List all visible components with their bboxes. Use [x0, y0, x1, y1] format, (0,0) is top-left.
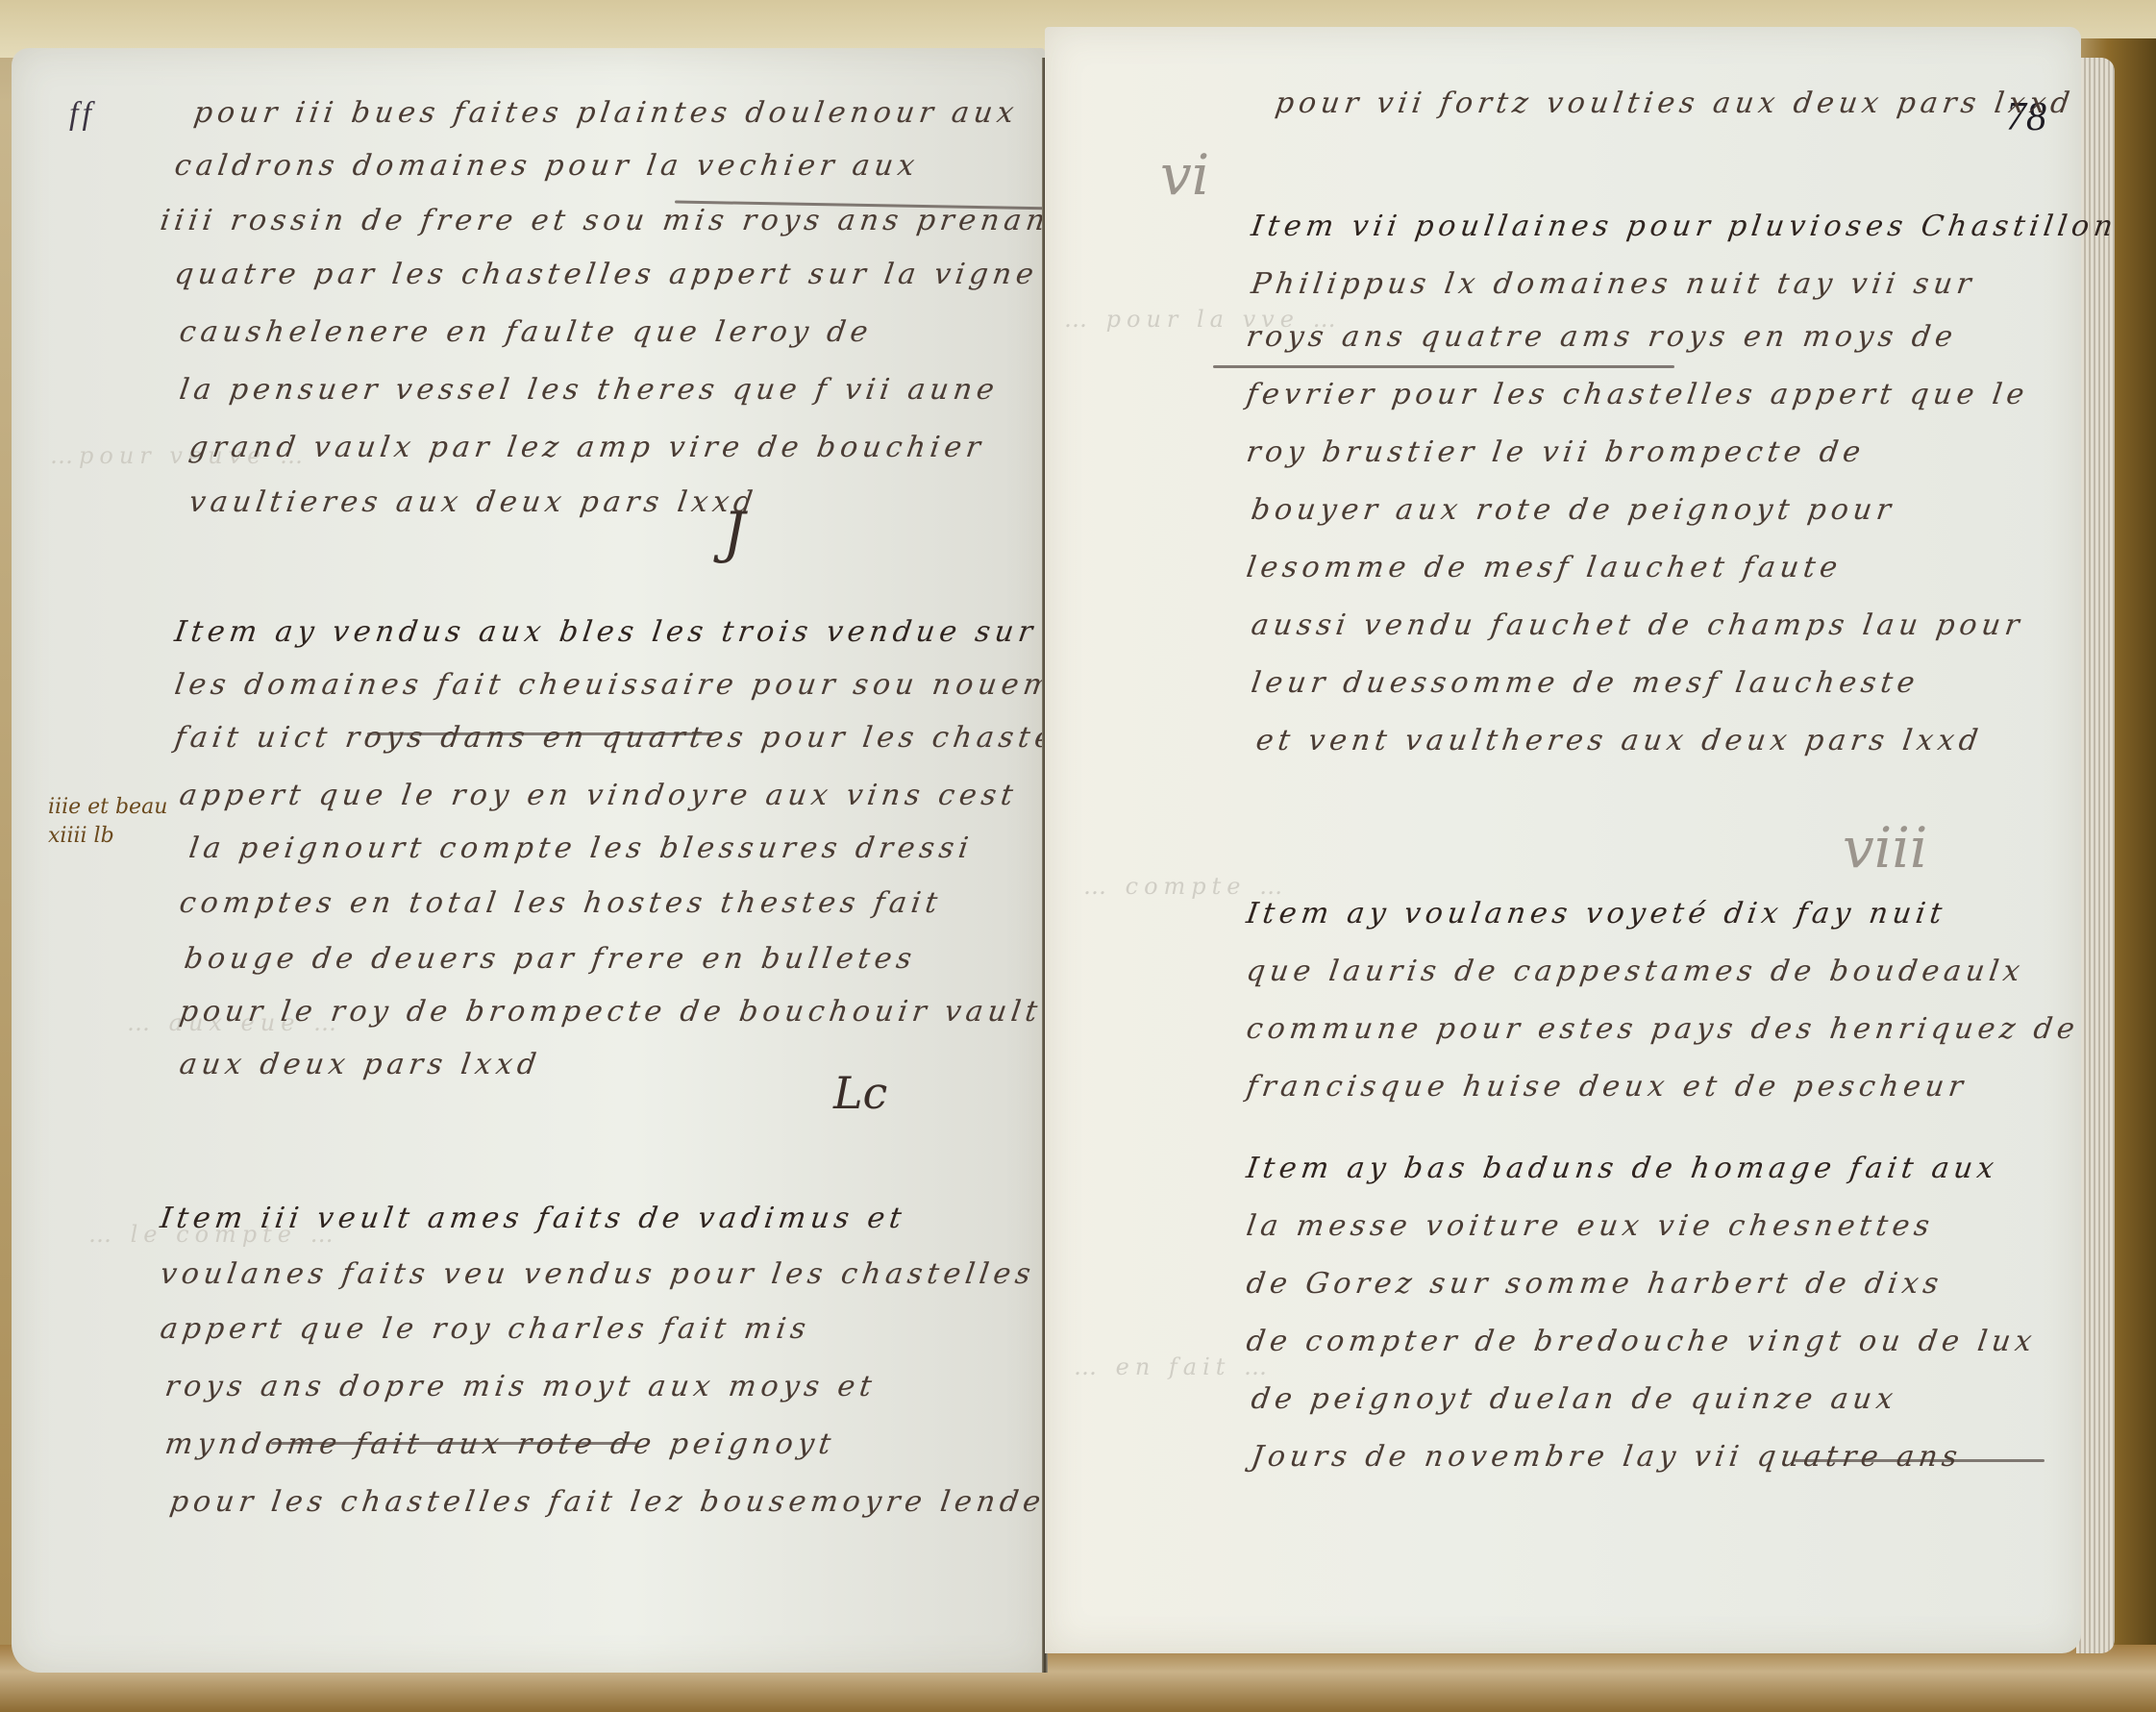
section-mark: Lc	[833, 1067, 887, 1119]
manuscript-line: Item iii veult ames faits de vadimus et	[159, 1202, 908, 1235]
ghost-text-bleed: … compte …	[1083, 873, 1288, 900]
manuscript-line: la peignourt compte les blessures dressi	[187, 831, 976, 865]
manuscript-line: appert que le roy charles fait mis	[159, 1312, 813, 1346]
manuscript-line: pour les chastelles fait lez bousemoyre …	[168, 1485, 1091, 1519]
manuscript-line: et vent vaultheres aux deux pars lxxd	[1254, 724, 1985, 757]
manuscript-line: Item ay voulanes voyeté dix fay nuit	[1245, 897, 1949, 930]
section-mark: viii	[1843, 815, 1927, 881]
manuscript-line: bouge de deuers par frere en bulletes	[183, 942, 919, 976]
manuscript-line: leur duessomme de mesf laucheste	[1250, 666, 1921, 700]
manuscript-line: de peignoyt duelan de quinze aux	[1250, 1382, 1900, 1416]
manuscript-line: quatre par les chastelles appert sur la …	[173, 258, 1041, 291]
manuscript-line: fevrier pour les chastelles appert que l…	[1245, 378, 2031, 411]
manuscript-line: Item ay bas baduns de homage fait aux	[1245, 1152, 2001, 1185]
manuscript-line: la pensuer vessel les theres que f vii a…	[178, 373, 1002, 407]
left-folio-number: ff	[69, 96, 95, 133]
manuscript-line: bouyer aux rote de peignoyt pour	[1250, 493, 1898, 527]
manuscript-line: de Gorez sur somme harbert de dixs	[1245, 1267, 1945, 1301]
manuscript-line: roy brustier le vii brompecte de	[1245, 435, 1868, 469]
manuscript-line: Philippus lx domaines nuit tay vii sur	[1250, 267, 1978, 301]
manuscript-line: caushelenere en faulte que leroy de	[178, 315, 875, 349]
section-mark: vi	[1160, 142, 1209, 208]
manuscript-line: caldrons domaines pour la vechier aux	[173, 149, 922, 183]
manuscript-line: aux deux pars lxxd	[178, 1048, 543, 1081]
manuscript-line: vaultieres aux deux pars lxxd	[187, 485, 759, 519]
manuscript-line: pour le roy de brompecte de bouchouir va…	[178, 995, 1086, 1029]
manuscript-line: myndome fait aux rote de peignoyt	[163, 1427, 838, 1461]
manuscript-line: roys ans dopre mis moyt aux moys et	[163, 1370, 879, 1403]
manuscript-line: pour iii bues faites plaintes doulenour …	[192, 96, 1021, 130]
manuscript-line: voulanes faits veu vendus pour les chast…	[159, 1257, 1038, 1291]
manuscript-line: que lauris de cappestames de boudeaulx	[1245, 955, 2027, 988]
manuscript-line: iiii rossin de frere et sou mis roys ans…	[159, 204, 1069, 237]
manuscript-heading-line: pour vii fortz voulties aux deux pars lx…	[1274, 87, 2077, 120]
page-stack-edges	[2076, 58, 2115, 1653]
manuscript-line: aussi vendu fauchet de champs lau pour	[1250, 608, 2026, 642]
right-page: 78 pour vii fortz voulties aux deux pars…	[1045, 27, 2081, 1653]
manuscript-line: comptes en total les hostes thestes fait	[178, 886, 945, 920]
manuscript-line: Item vii poullaines pour pluvioses Chast…	[1250, 210, 2120, 243]
marginal-note: iiie et beau xiiii lb	[48, 793, 167, 851]
manuscript-line: appert que le roy en vindoyre aux vins c…	[178, 779, 1020, 812]
manuscript-line: francisque huise deux et de pescheur	[1245, 1070, 1970, 1104]
manuscript-line: lesomme de mesf lauchet faute	[1245, 551, 1845, 584]
manuscript-line: roys ans quatre ams roys en moys de	[1245, 320, 1960, 354]
left-page: ff iiie et beau xiiii lb …pour veuve … ……	[12, 48, 1045, 1673]
manuscript-line: fait uict roys dans en quartes pour les …	[173, 721, 1128, 755]
manuscript-line: de compter de bredouche vingt ou de lux	[1245, 1325, 2039, 1358]
manuscript-line: Item ay vendus aux bles les trois vendue…	[173, 615, 1189, 649]
manuscript-line: la messe voiture eux vie chesnettes	[1245, 1209, 1937, 1243]
manuscript-line: commune pour estes pays des henriquez de	[1245, 1012, 2082, 1046]
manuscript-line: grand vaulx par lez amp vire de bouchier	[187, 431, 987, 464]
manuscript-line: les domaines fait cheuissaire pour sou n…	[173, 668, 1122, 702]
ghost-text-bleed: … en fait …	[1074, 1353, 1273, 1380]
manuscript-line: Jours de novembre lay vii quatre ans	[1250, 1440, 1965, 1474]
underline-rule	[1213, 365, 1674, 368]
